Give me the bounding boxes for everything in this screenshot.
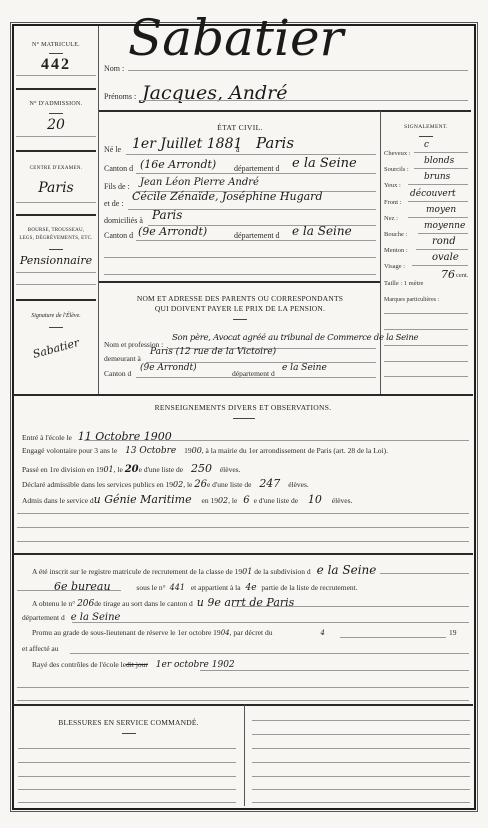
matricule-value: 442 [14,56,98,74]
prenoms-label: Prénoms : [104,92,136,101]
line [18,748,236,749]
bourse-label-line2: LEGS, DÉGRÈVEMENTS, ETC. [14,235,98,243]
line [232,606,469,607]
blessures-divider [244,705,245,806]
line [104,274,376,275]
canton2-value: (9e Arrondt) [138,225,207,238]
line [252,748,470,749]
line [136,240,376,241]
centre-examen-label: CENTRE D'EXAMEN. [14,166,98,171]
fils-de-value: Jean Léon Pierre André [140,177,259,188]
divider [16,136,96,137]
promu-year2: 19 [449,628,457,637]
section-divider [13,704,473,706]
promu-row: Promu au grade de sous-lieutenant de rés… [32,628,325,637]
signalement-divider [380,111,381,395]
departement2-value: e la Seine [292,224,352,238]
obtenu-value: 206 [77,599,94,609]
taille-value: 76 [441,268,455,281]
divider-dash [49,113,63,114]
divider-dash [122,733,136,734]
signature-label: Signature de l'Élève. [14,313,98,319]
divider-dash [49,53,63,54]
a-label: à [236,145,240,154]
line [84,440,469,441]
line [252,720,470,721]
nom-profession-value: Son père, Avocat agréé au tribunal de Co… [172,333,418,343]
nom-value: Sabatier [128,8,343,68]
admis-service: u Génie Maritime [94,493,192,506]
declare-row: Déclaré admissible dans les services pub… [22,477,309,490]
divider-dash [49,327,63,328]
line [252,802,470,803]
line [18,776,236,777]
line [17,527,469,528]
declare-rank: 26 [194,479,207,490]
canton1-value: (16e Arrondt) [140,158,216,171]
line [384,345,468,346]
left-column-divider [98,26,99,394]
parents-canton-value: (9e Arrondt) [140,363,197,373]
domicilies-label: domiciliés à [104,216,143,225]
parents-departement-value: e la Seine [282,363,327,373]
line [18,762,236,763]
inscrit-row: A été inscrit sur le registre matricule … [32,563,376,577]
numero-value: 441 [170,583,185,592]
entre-row: Entré à l'école le 11 Octobre 1900 [22,430,172,443]
line [200,670,469,671]
section-divider [13,394,473,396]
divider-dash [233,319,247,320]
matricule-label: N° MATRICULE. [14,42,98,48]
line [17,687,469,688]
nom-line [128,70,468,71]
divider [16,299,96,301]
admis-rank: 6 [243,495,249,506]
passe-total: 250 [191,462,212,475]
line [18,789,236,790]
line [252,789,470,790]
parents-title-line1: NOM ET ADRESSE DES PARENTS OU CORRESPOND… [100,294,380,304]
canton2-label: Canton d [104,231,133,240]
demeurant-label: demeurant à [104,354,141,363]
signalement-row-visage: Visage : ovale [384,255,470,271]
divider-dash [419,136,433,137]
line [380,573,469,574]
tirage-value: u 9e arrt de Paris [197,596,295,609]
canton1-label: Canton d [104,164,133,173]
signalement-row-marques: Marques particulières : [384,288,470,302]
signalement-title: SIGNALEMENT. [381,124,471,130]
line [384,376,468,377]
line [252,776,470,777]
bourse-label-line1: BOURSE, TROUSSEAU, [14,227,98,235]
demeurant-value: Paris (12 rue de la Victoire) [150,347,276,357]
engage-value: 13 Octobre [125,446,176,456]
departement1-label: département d [234,164,280,173]
bourse-value: Pensionnaire [14,254,98,267]
line [72,622,469,623]
line [252,762,470,763]
divider [16,150,96,152]
blessures-title: BLESSURES EN SERVICE COMMANDÉ. [13,718,244,727]
signalement-row-bouche: Bouche : moyenne [384,223,470,239]
bourse-label: BOURSE, TROUSSEAU, LEGS, DÉGRÈVEMENTS, E… [14,227,98,243]
divider [16,284,96,285]
et-de-label: et de : [104,199,124,208]
line [384,361,468,362]
centre-examen-value: Paris [14,180,98,196]
domicilies-value: Paris [152,208,182,222]
inscrit-subdiv-value: e la Seine [317,563,377,577]
prenoms-line [140,100,468,101]
line [18,802,236,803]
admis-row: Admis dans le service du Génie Maritime … [22,493,352,506]
renseignements-title: RENSEIGNEMENTS DIVERS ET OBSERVATIONS. [13,403,473,412]
ne-le-label: Né le [104,145,121,154]
admis-total: 10 [308,493,322,506]
divider [99,110,471,112]
divider [16,202,96,203]
divider [16,272,96,273]
a-value: Paris [256,134,294,152]
line [136,377,376,378]
line [70,653,469,654]
section-divider [13,553,473,555]
obtenu-row: A obtenu le n° 206de tirage au sort dans… [32,596,294,609]
nom-label: Nom : [104,64,124,73]
departement1-value: e la Seine [292,156,357,171]
et-de-value: Cécile Zénaïde, Joséphine Hugard [132,190,323,203]
line [17,541,469,542]
entre-value: 11 Octobre 1900 [78,430,172,443]
fils-de-label: Fils de : [104,182,130,191]
ne-le-value: 1er Juillet 1881 [132,136,242,152]
line [126,154,376,155]
signalement-row-taille: Taille : 1 mètre 76 cent. [384,272,470,288]
raye-value: 1er octobre 1902 [156,660,235,670]
bureau-row: 6e bureau sous le n°441 et appartient à … [54,580,358,593]
declare-total: 247 [259,477,280,490]
divider-dash [49,249,63,250]
line [340,637,446,638]
divider [99,281,380,283]
partie-value: 4e [245,583,256,593]
parents-canton-label: Canton d [104,369,131,378]
parents-title: NOM ET ADRESSE DES PARENTS OU CORRESPOND… [100,294,380,314]
affecte-label: et affecté au [22,644,59,653]
signalement-rows: Cheveux : c Sourcils : blonds Yeux : bru… [384,142,470,302]
passe-row: Passé en 1re division en 1901, le 20e d'… [22,462,240,475]
bureau-value: 6e bureau [54,580,111,593]
engage-row: Engagé volontaire pour 3 ans le 13 Octob… [22,446,388,456]
line [17,700,469,701]
line [384,329,468,330]
passe-rank: 20 [125,464,139,475]
admission-label: N° D'ADMISSION. [14,101,98,107]
parents-title-line2: QUI DOIVENT PAYER LE PRIX DE LA PENSION. [100,304,380,314]
divider [16,88,96,90]
line [17,513,469,514]
line [17,590,121,591]
line [104,257,376,258]
divider [16,214,96,216]
line [252,734,470,735]
line [136,173,376,174]
etat-civil-title: ÉTAT CIVIL. [100,123,380,132]
divider [16,75,96,76]
departement2-label: département d [234,231,280,240]
raye-row: Rayé des contrôles de l'école ledit jour… [32,660,235,670]
divider-dash [233,418,255,419]
admission-value: 20 [14,117,98,133]
line [384,313,468,314]
